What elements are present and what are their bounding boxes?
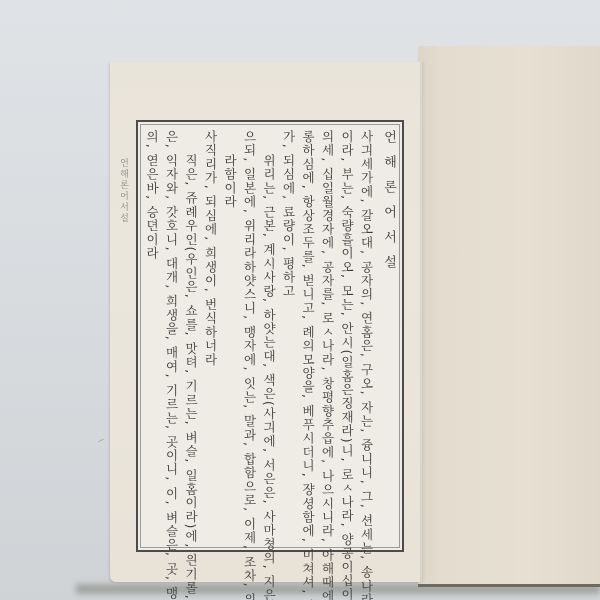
text-column: 사긔세가에, 갈오대, 공자의, 연홈은, 구오, 자는, 즁니니, 그, 션세…	[357, 126, 377, 546]
text-column: 의세, 십일월경자에, 공자를, 로ㅅ나라, 창평향추읍에, 나으시니라, 아해…	[318, 126, 338, 546]
text-column: 으되, 일본에, 위리라하얏스니, 맹자에, 잇는, 말과, 합함으로, 이제,…	[240, 126, 260, 546]
text-frame: 언해론어서설 사긔세가에, 갈오대, 공자의, 연홈은, 구오, 자는, 즁니니…	[136, 120, 404, 552]
margin-running-title: 언해론어서설	[118, 158, 130, 224]
paper-speck	[98, 439, 104, 443]
text-column: 직은, 쥬례우인(우인은, 쇼를, 맛텨, 기르는, 벼슬, 일홈이라)에, 읜…	[181, 126, 201, 546]
text-column: 은, 익자와, 갓호니, 대개, 희생을, 매여, 기르는, 곳이니, 이, 벼…	[162, 126, 182, 546]
text-column: 이라, 부는, 숙량흘이오, 모는, 안시(일홈은징재라)니, 로ㅅ나라, 양공…	[337, 126, 357, 546]
text-column: 라함이라	[220, 126, 240, 546]
text-column: 의, 엳은바, 승뎐이라	[142, 126, 162, 546]
section-title: 언해론어서설	[376, 126, 398, 546]
right-page	[418, 46, 600, 587]
text-column: 롱하심에, 항상조두를, 벋니고, 례의모양을, 베푸시더니, 쟝셩함에, 미쳐…	[298, 126, 318, 546]
text-columns: 언해론어서설 사긔세가에, 갈오대, 공자의, 연홈은, 구오, 자는, 즁니니…	[142, 126, 398, 546]
text-column: 사직리가, 되심에, 희생이, 번식하너라	[201, 126, 221, 546]
text-column: 가, 되심에, 료량이, 평하고	[279, 126, 299, 546]
text-column: 위리는, 근본, 계시사랑, 하얏는대, 색은(사긔에, 서은은, 사마쳥의, …	[259, 126, 279, 546]
